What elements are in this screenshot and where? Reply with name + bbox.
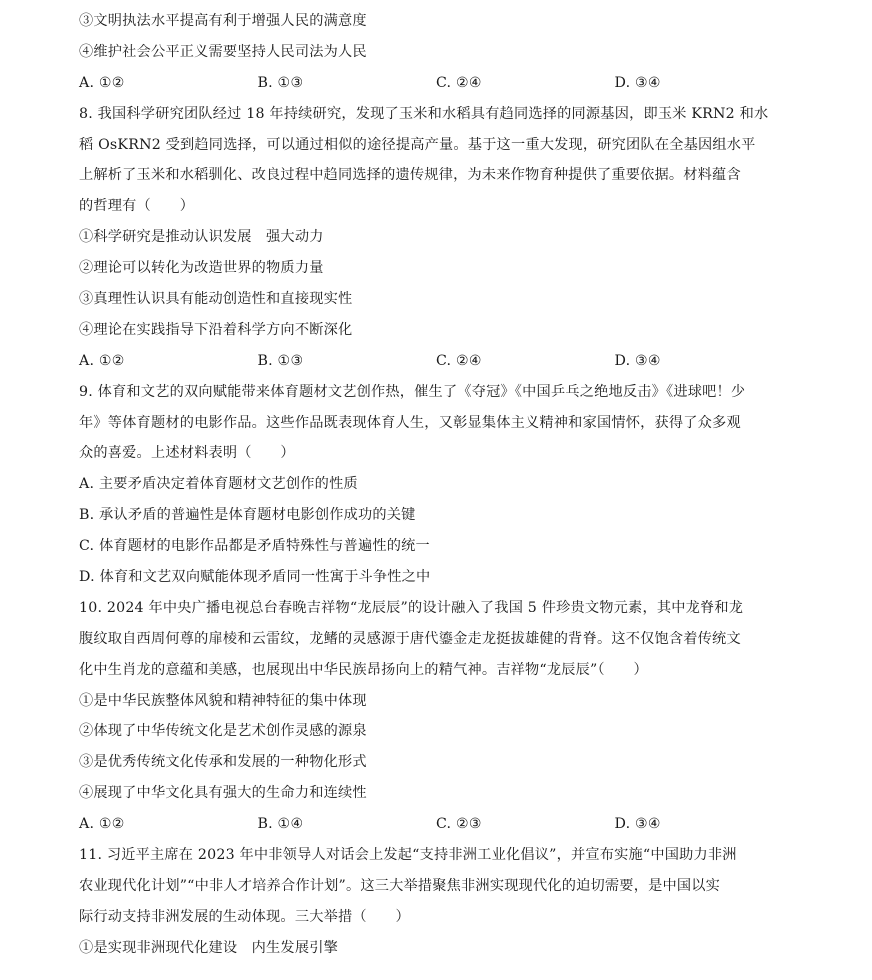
option-d: D. 体育和文艺双向赋能体现矛盾同一性寓于斗争性之中 (79, 562, 794, 593)
option-d: D. ③④ (615, 68, 794, 99)
statement: ④理论在实践指导下沿着科学方向不断深化 (79, 315, 794, 346)
answer-options: A. ①② B. ①③ C. ②④ D. ③④ (79, 68, 794, 99)
question-10: 10. 2024 年中央广播电视总台春晚吉祥物“龙辰辰”的设计融入了我国 5 件… (79, 593, 794, 840)
option-a: A. ①② (79, 809, 258, 840)
exam-page: ③文明执法水平提高有利于增强人民的满意度 ④维护社会公平正义需要坚持人民司法为人… (79, 6, 794, 964)
option-a: A. 主要矛盾决定着体育题材文艺创作的性质 (79, 469, 794, 500)
option-a: A. ①② (79, 68, 258, 99)
statement: ②理论可以转化为改造世界的物质力量 (79, 253, 794, 284)
option-d: D. ③④ (615, 809, 794, 840)
statement: ①是中华民族整体风貌和精神特征的集中体现 (79, 686, 794, 717)
question-stem-line: 稻 OsKRN2 受到趋同选择，可以通过相似的途径提高产量。基于这一重大发现，研… (79, 130, 794, 161)
option-b: B. 承认矛盾的普遍性是体育题材电影创作成功的关键 (79, 500, 794, 531)
option-a: A. ①② (79, 346, 258, 377)
option-c: C. ②④ (436, 346, 615, 377)
question-stem-line: 8. 我国科学研究团队经过 18 年持续研究，发现了玉米和水稻具有趋同选择的同源… (79, 99, 794, 130)
statement: ③是优秀传统文化传承和发展的一种物化形式 (79, 747, 794, 778)
question-stem-line: 年》等体育题材的电影作品。这些作品既表现体育人生，又彰显集体主义精神和家国情怀，… (79, 408, 794, 439)
question-stem-line: 9. 体育和文艺的双向赋能带来体育题材文艺创作热，催生了《夺冠》《中国乒乓之绝地… (79, 377, 794, 408)
option-b: B. ①③ (258, 68, 437, 99)
statement: ③文明执法水平提高有利于增强人民的满意度 (79, 6, 794, 37)
option-b: B. ①④ (258, 809, 437, 840)
question-stem-line: 10. 2024 年中央广播电视总台春晚吉祥物“龙辰辰”的设计融入了我国 5 件… (79, 593, 794, 624)
statement: ③真理性认识具有能动创造性和直接现实性 (79, 284, 794, 315)
question-stem-line: 众的喜爱。上述材料表明（ ） (79, 438, 794, 469)
question-stem-line: 化中生肖龙的意蕴和美感，也展现出中华民族昂扬向上的精气神。吉祥物“龙辰辰”（ ） (79, 655, 794, 686)
question-stem-line: 农业现代化计划”“中非人才培养合作计划”。这三大举措聚焦非洲实现现代化的迫切需要… (79, 871, 794, 902)
question-stem-line: 的哲理有（ ） (79, 191, 794, 222)
question-7-tail: ③文明执法水平提高有利于增强人民的满意度 ④维护社会公平正义需要坚持人民司法为人… (79, 6, 794, 99)
question-stem-line: 上解析了玉米和水稻驯化、改良过程中趋同选择的遗传规律，为未来作物育种提供了重要依… (79, 160, 794, 191)
answer-options: A. ①② B. ①④ C. ②③ D. ③④ (79, 809, 794, 840)
statement: ④维护社会公平正义需要坚持人民司法为人民 (79, 37, 794, 68)
option-c: C. ②④ (436, 68, 615, 99)
question-11: 11. 习近平主席在 2023 年中非领导人对话会上发起“支持非洲工业化倡议”，… (79, 840, 794, 964)
option-d: D. ③④ (615, 346, 794, 377)
option-c: C. ②③ (436, 809, 615, 840)
question-stem-line: 11. 习近平主席在 2023 年中非领导人对话会上发起“支持非洲工业化倡议”，… (79, 840, 794, 871)
statement: ④展现了中华文化具有强大的生命力和连续性 (79, 778, 794, 809)
option-c: C. 体育题材的电影作品都是矛盾特殊性与普遍性的统一 (79, 531, 794, 562)
question-stem-line: 腹纹取自西周何尊的扉棱和云雷纹，龙鳍的灵感源于唐代鎏金走龙挺拔雄健的背脊。这不仅… (79, 624, 794, 655)
question-8: 8. 我国科学研究团队经过 18 年持续研究，发现了玉米和水稻具有趋同选择的同源… (79, 99, 794, 377)
statement: ②体现了中华传统文化是艺术创作灵感的源泉 (79, 716, 794, 747)
question-stem-line: 际行动支持非洲发展的生动体现。三大举措（ ） (79, 902, 794, 933)
statement: ①是实现非洲现代化建设 内生发展引擎 (79, 933, 794, 964)
answer-options: A. ①② B. ①③ C. ②④ D. ③④ (79, 346, 794, 377)
question-9: 9. 体育和文艺的双向赋能带来体育题材文艺创作热，催生了《夺冠》《中国乒乓之绝地… (79, 377, 794, 593)
option-b: B. ①③ (258, 346, 437, 377)
statement: ①科学研究是推动认识发展 强大动力 (79, 222, 794, 253)
